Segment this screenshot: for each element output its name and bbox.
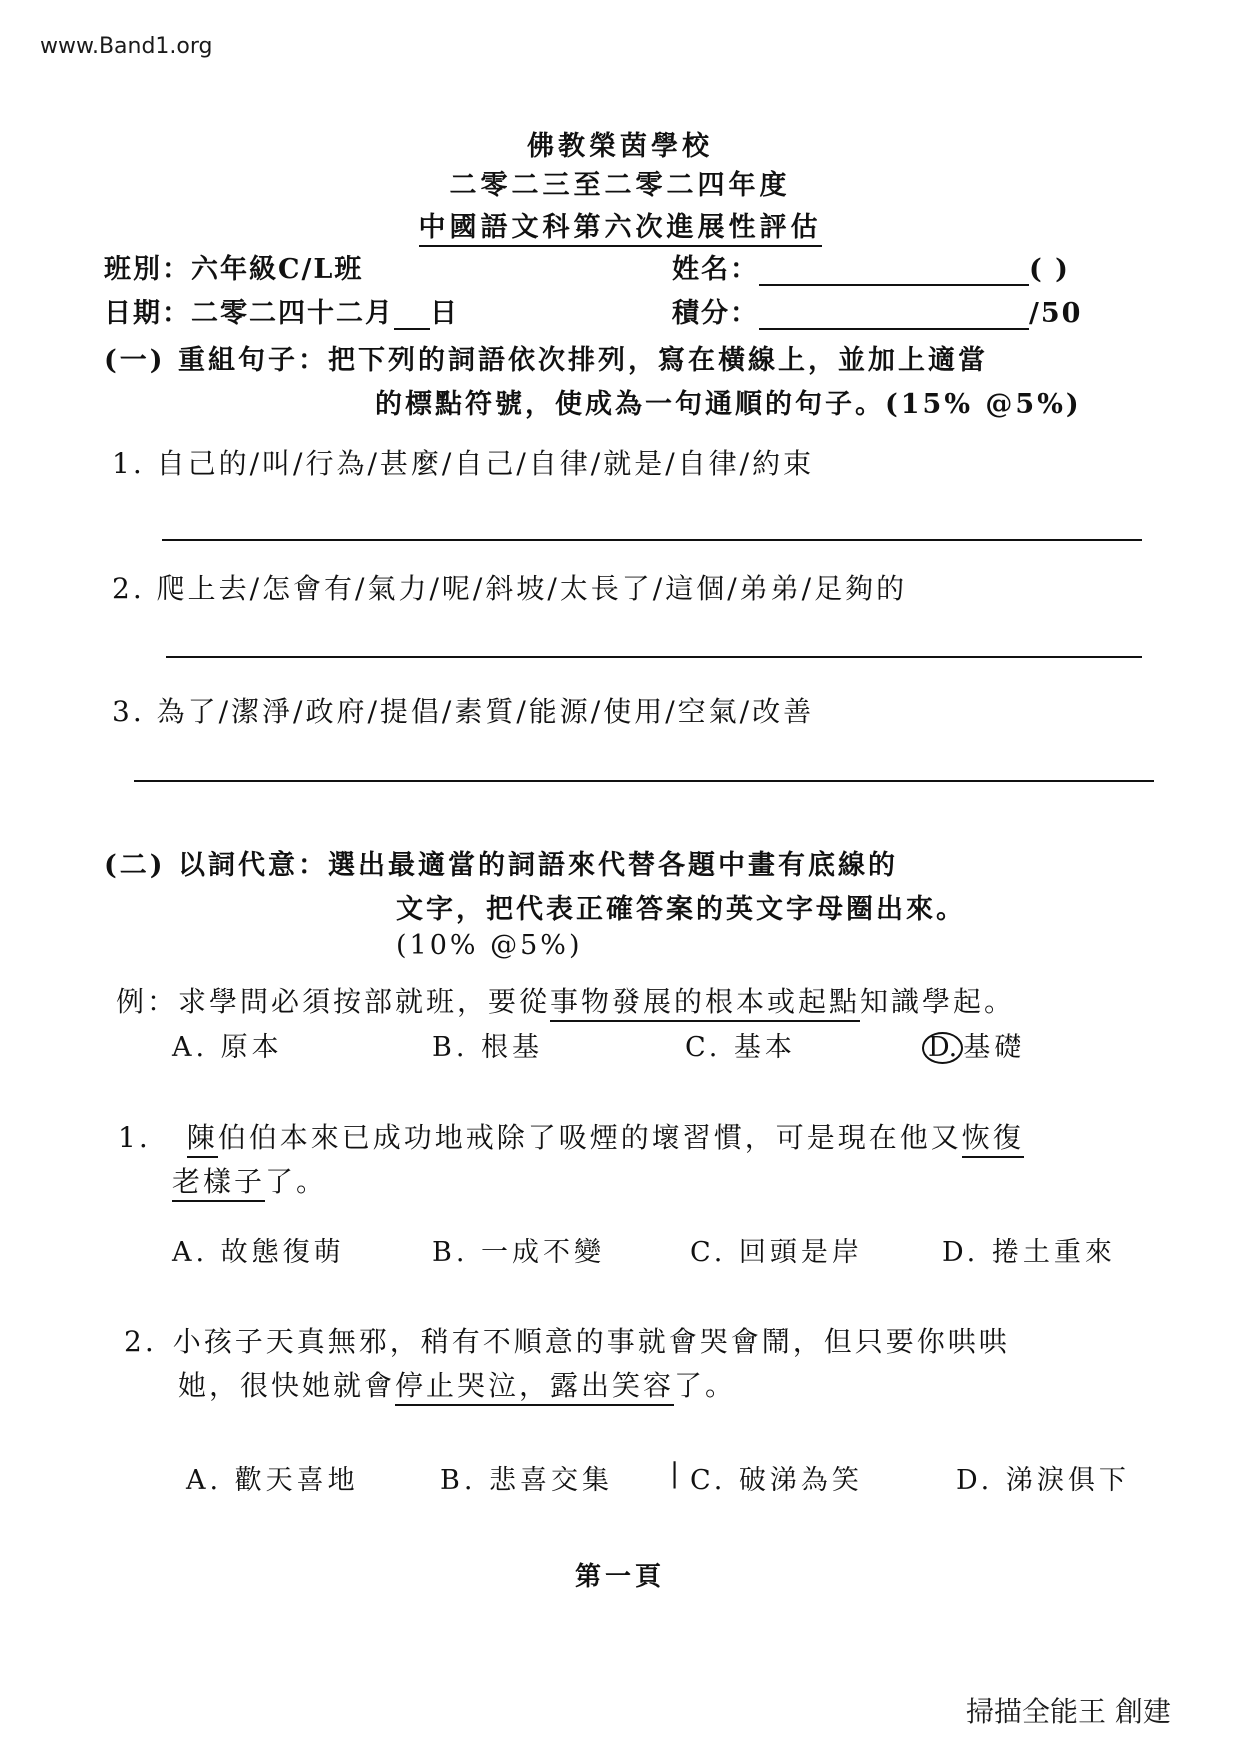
school-name: 佛教榮茵學校 xyxy=(0,124,1240,163)
s2-q1-underline-c: 老樣子 xyxy=(172,1165,265,1202)
example-option-a[interactable]: A. 原本 xyxy=(172,1025,283,1064)
section2-heading: (二) 以詞代意：選出最適當的詞語來代替各題中畫有底線的 xyxy=(104,843,898,882)
s2-q1-option-c[interactable]: C. 回頭是岸 xyxy=(690,1230,863,1269)
exam-title-text: 中國語文科第六次進展性評估 xyxy=(419,212,822,247)
section2-title: (二) 以詞代意： xyxy=(104,850,328,881)
s1-answer-line-3[interactable] xyxy=(134,780,1154,782)
example-suffix: 知識學起。 xyxy=(860,985,1015,1018)
s1-answer-line-1[interactable] xyxy=(162,539,1142,541)
date-value: 二零二四十二月 xyxy=(191,298,394,329)
example-sentence: 例：求學問必須按部就班，要從事物發展的根本或起點知識學起。 xyxy=(116,980,1015,1020)
date-day-blank[interactable] xyxy=(394,302,430,330)
s1-question-1: 1. 自己的/叫/行為/甚麼/自己/自律/就是/自律/約束 xyxy=(112,442,814,482)
date-label: 日期： xyxy=(104,298,191,329)
page-number: 第一頁 xyxy=(0,1556,1240,1593)
score-blank[interactable] xyxy=(759,302,1029,330)
s2-q2-option-c[interactable]: C. 破涕為笑 xyxy=(690,1458,863,1497)
name-blank[interactable] xyxy=(759,258,1029,286)
date-suffix: 日 xyxy=(430,298,459,329)
school-year: 二零二三至二零二四年度 xyxy=(0,163,1240,202)
section1-instruction-2: 的標點符號，使成為一句通順的句子。(15% @5%) xyxy=(375,382,1082,421)
watermark-scanner: 掃描全能王 創建 xyxy=(966,1690,1171,1730)
s2-q2-end: 了。 xyxy=(674,1369,736,1402)
s2-q1-option-b[interactable]: B. 一成不變 xyxy=(432,1230,605,1269)
s2-q2-underlined: 停止哭泣，露出笑容 xyxy=(395,1369,674,1406)
s2-q1-underline-a: 陳 xyxy=(187,1121,218,1158)
name-field: 姓名：( ) xyxy=(672,247,1070,286)
date-field: 日期：二零二四十二月日 xyxy=(104,291,459,330)
s2-question-1-line-2: 老樣子了。 xyxy=(172,1160,327,1200)
section1-heading: (一) 重組句子：把下列的詞語依次排列，寫在橫線上，並加上適當 xyxy=(104,338,988,377)
s2-q2-option-b[interactable]: B. 悲喜交集 xyxy=(440,1458,613,1497)
s1-question-2: 2. 爬上去/怎會有/氣力/呢/斜坡/太長了/這個/弟弟/足夠的 xyxy=(112,567,907,607)
section2-instruction-2: 文字，把代表正確答案的英文字母圈出來。 xyxy=(396,887,966,926)
section2-instruction-1: 選出最適當的詞語來代替各題中畫有底線的 xyxy=(328,850,898,881)
s2-question-1-line-1: 1.陳伯伯本來已成功地戒除了吸煙的壞習慣，可是現在他又恢復 xyxy=(118,1116,1024,1156)
example-option-b[interactable]: B. 根基 xyxy=(432,1025,543,1064)
s2-q1-end: 了。 xyxy=(265,1165,327,1198)
s2-q2-option-a[interactable]: A. 歡天喜地 xyxy=(186,1458,359,1497)
s2-q2-pre: 她，很快她就會 xyxy=(178,1369,395,1402)
s2-q1-number: 1. xyxy=(118,1121,151,1154)
s2-q1-option-a[interactable]: A. 故態復萌 xyxy=(172,1230,345,1269)
s2-question-2-line-2: 她，很快她就會停止哭泣，露出笑容了。 xyxy=(178,1364,736,1404)
s2-q1-underline-b: 恢復 xyxy=(962,1121,1024,1158)
score-field: 積分：/50 xyxy=(672,291,1082,330)
s2-q1-body: 伯伯本來已成功地戒除了吸煙的壞習慣，可是現在他又 xyxy=(218,1121,962,1154)
watermark-site: www.Band1.org xyxy=(40,34,213,59)
example-option-d-text: 基礎 xyxy=(963,1032,1025,1063)
section2-marks: (10% @5%) xyxy=(396,930,583,961)
s2-q2-body: 小孩子天真無邪，稍有不順意的事就會哭會鬧，但只要你哄哄 xyxy=(173,1325,1010,1358)
s2-q1-option-d[interactable]: D. 捲土重來 xyxy=(942,1230,1116,1269)
answer-circle-d: D. xyxy=(922,1032,963,1064)
s1-question-3: 3. 為了/潔淨/政府/提倡/素質/能源/使用/空氣/改善 xyxy=(112,690,814,730)
section1-instruction-1: 把下列的詞語依次排列，寫在橫線上，並加上適當 xyxy=(328,345,988,376)
score-label: 積分： xyxy=(672,298,759,329)
s2-q2-option-d[interactable]: D. 涕淚俱下 xyxy=(956,1458,1130,1497)
s2-question-2-line-1: 2.小孩子天真無邪，稍有不順意的事就會哭會鬧，但只要你哄哄 xyxy=(124,1320,1010,1360)
score-total: /50 xyxy=(1029,298,1082,329)
example-underlined: 事物發展的根本或起點 xyxy=(550,985,860,1022)
example-prefix: 例：求學問必須按部就班，要從 xyxy=(116,985,550,1018)
example-option-c[interactable]: C. 基本 xyxy=(685,1025,796,1064)
s2-q2-number: 2. xyxy=(124,1325,157,1358)
class-field: 班別：六年級C/L班 xyxy=(104,247,363,286)
s2-q2-pen-mark: | xyxy=(670,1458,683,1489)
class-label: 班別： xyxy=(104,254,191,285)
name-label: 姓名： xyxy=(672,254,759,285)
class-value: 六年級C/L班 xyxy=(191,254,363,285)
s1-answer-line-2[interactable] xyxy=(166,656,1142,658)
name-class-number: ( ) xyxy=(1029,254,1070,285)
section1-title: (一) 重組句子： xyxy=(104,345,328,376)
exam-title: 中國語文科第六次進展性評估 xyxy=(0,205,1240,244)
example-option-d[interactable]: D.基礎 xyxy=(922,1025,1025,1064)
